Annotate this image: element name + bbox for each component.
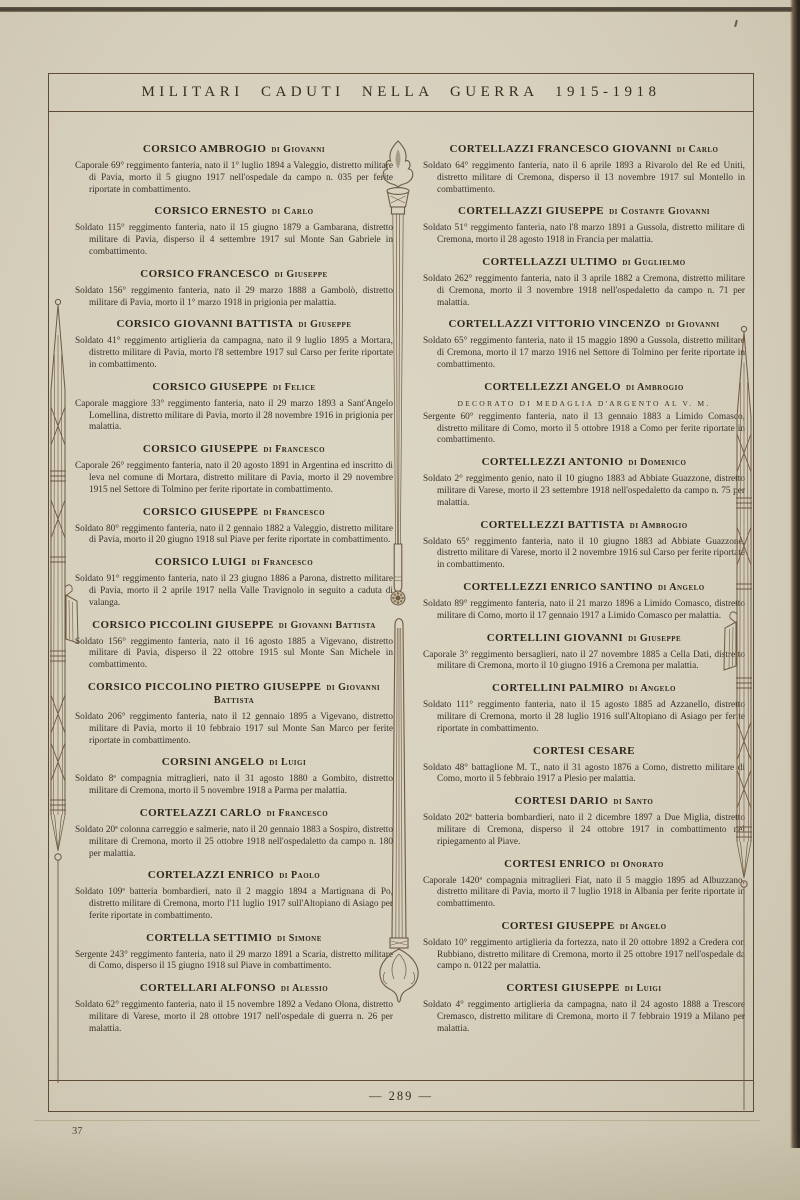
soldier-name: CORSICO GIUSEPPE [152, 381, 268, 393]
soldier-filiation: di Alessio [281, 983, 328, 994]
soldier-filiation: di Francesco [267, 808, 329, 819]
soldier-record-text: Soldato 89° reggimento fanteria, nato il… [423, 599, 745, 623]
soldier-name-heading: CORTELAZZI ENRICOdi Paolo [75, 869, 393, 882]
soldier-name-heading: CORSICO GIOVANNI BATTISTAdi Giuseppe [75, 318, 393, 331]
soldier-name-heading: CORSICO LUIGIdi Francesco [75, 556, 393, 569]
soldier-name: CORTELLINI PALMIRO [492, 682, 624, 694]
soldier-name: CORTELAZZI CARLO [140, 807, 262, 819]
soldier-name-heading: CORTESI CESARE [423, 745, 745, 758]
soldier-record-text: Soldato 10° reggimento artiglieria da fo… [423, 938, 745, 973]
soldier-record-text: Soldato 262° reggimento fanteria, nato i… [423, 274, 745, 309]
soldier-name-heading: CORTELLINI PALMIROdi Angelo [423, 682, 745, 695]
soldier-filiation: di Paolo [279, 870, 320, 881]
soldier-name-heading: CORTELLA SETTIMIOdi Simone [75, 932, 393, 945]
soldier-filiation: di Costante Giovanni [609, 206, 710, 217]
soldier-entry: CORTELAZZI ENRICOdi Paolo Soldato 109ª b… [75, 869, 393, 922]
soldier-filiation: di Guglielmo [622, 257, 685, 268]
column-left: CORSICO AMBROGIOdi Giovanni Caporale 69°… [75, 130, 393, 1080]
soldier-name: CORTELLA SETTIMIO [146, 932, 272, 944]
soldier-name: CORTELLEZZI ENRICO SANTINO [463, 581, 653, 593]
soldier-name: CORTELLAZZI VITTORIO VINCENZO [448, 318, 660, 330]
soldier-record-text: Soldato 64° reggimento fanteria, nato il… [423, 161, 745, 196]
soldier-filiation: di Giuseppe [298, 319, 351, 330]
page-corner-mark [734, 20, 738, 27]
soldier-entry: CORTELLEZZI ENRICO SANTINOdi Angelo Sold… [423, 581, 745, 623]
soldier-record-text: Soldato 202ª batteria bombardieri, nato … [423, 813, 745, 848]
soldier-entry: CORSICO PICCOLINO PIETRO GIUSEPPEdi Giov… [75, 681, 393, 747]
soldier-record-text: Caporale maggiore 33° reggimento fanteri… [75, 399, 393, 434]
soldier-name: CORTESI GIUSEPPE [506, 982, 619, 994]
soldier-name-heading: CORSINI ANGELOdi Luigi [75, 756, 393, 769]
soldier-name: CORSINI ANGELO [162, 756, 264, 768]
soldier-record-text: Soldato 111° reggimento fanteria, nato i… [423, 700, 745, 735]
soldier-filiation: di Angelo [620, 921, 667, 932]
soldier-name-heading: CORSICO GIUSEPPEdi Felice [75, 381, 393, 394]
soldier-record-text: Soldato 2° reggimento genio, nato il 10 … [423, 474, 745, 509]
soldier-record-text: Caporale 1420ª compagnia mitraglieri Fia… [423, 876, 745, 911]
soldier-name: CORTELLAZZI FRANCESCO GIOVANNI [449, 143, 671, 155]
soldier-name: CORTELAZZI ENRICO [148, 869, 275, 881]
soldier-name-heading: CORSICO PICCOLINO PIETRO GIUSEPPEdi Giov… [75, 681, 393, 707]
soldier-name-heading: CORTELLEZZI ANTONIOdi Domenico [423, 456, 745, 469]
soldier-entry: CORSICO GIUSEPPEdi Francesco Soldato 80°… [75, 506, 393, 548]
soldier-name-heading: CORSICO GIUSEPPEdi Francesco [75, 506, 393, 519]
soldier-name: CORTELLINI GIOVANNI [487, 632, 623, 644]
soldier-entry: CORTESI ENRICOdi Onorato Caporale 1420ª … [423, 858, 745, 911]
soldier-filiation: di Luigi [625, 983, 662, 994]
soldier-name-heading: CORTESI GIUSEPPEdi Angelo [423, 920, 745, 933]
header-band: MILITARI CADUTI NELLA GUERRA 1915-1918 [49, 74, 753, 112]
soldier-filiation: di Ambrogio [626, 382, 684, 393]
photo-edge-right [790, 0, 800, 1148]
sheet-number: 37 [72, 1126, 83, 1137]
page-title: MILITARI CADUTI NELLA GUERRA 1915-1918 [141, 84, 660, 101]
soldier-name: CORTELLAZZI GIUSEPPE [458, 205, 604, 217]
soldier-record-text: Soldato 65° reggimento fanteria, nato il… [423, 537, 745, 572]
soldier-record-text: Caporale 26° reggimento fanteria, nato i… [75, 461, 393, 496]
soldier-entry: CORSICO GIUSEPPEdi Francesco Caporale 26… [75, 443, 393, 496]
soldier-name-heading: CORTELLAZZI VITTORIO VINCENZOdi Giovanni [423, 318, 745, 331]
soldier-entry: CORSICO ERNESTOdi Carlo Soldato 115° reg… [75, 205, 393, 258]
soldier-honor: DECORATO DI MEDAGLIA D'ARGENTO AL V. M. [423, 399, 745, 408]
soldier-record-text: Caporale 69° reggimento fanteria, nato i… [75, 161, 393, 196]
soldier-record-text: Soldato 65° reggimento fanteria, nato il… [423, 336, 745, 371]
soldier-name-heading: CORSICO GIUSEPPEdi Francesco [75, 443, 393, 456]
soldier-filiation: di Simone [277, 933, 322, 944]
soldier-name-heading: CORTELLEZZI ENRICO SANTINOdi Angelo [423, 581, 745, 594]
soldier-name-heading: CORSICO AMBROGIOdi Giovanni [75, 143, 393, 156]
soldier-filiation: di Giovanni [271, 144, 325, 155]
soldier-record-text: Soldato 20ª colonna carreggio e salmerie… [75, 825, 393, 860]
soldier-name-heading: CORTELLAZZI GIUSEPPEdi Costante Giovanni [423, 205, 745, 218]
soldier-record-text: Soldato 109ª batteria bombardieri, nato … [75, 887, 393, 922]
soldier-name-heading: CORTESI ENRICOdi Onorato [423, 858, 745, 871]
page-frame: MILITARI CADUTI NELLA GUERRA 1915-1918 C… [48, 73, 754, 1112]
soldier-entry: CORSICO PICCOLINI GIUSEPPEdi Giovanni Ba… [75, 619, 393, 672]
soldier-entry: CORTELLEZZI ANGELOdi Ambrogio DECORATO D… [423, 381, 745, 447]
page-edge-line [34, 1120, 760, 1121]
soldier-entry: CORSICO FRANCESCOdi Giuseppe Soldato 156… [75, 268, 393, 310]
soldier-filiation: di Giuseppe [275, 269, 328, 280]
soldier-record-text: Soldato 156° reggimento fanteria, nato i… [75, 637, 393, 672]
soldier-entry: CORTESI CESARE Soldato 48° battaglione M… [423, 745, 745, 787]
soldier-filiation: di Felice [273, 382, 316, 393]
soldier-name: CORTELLARI ALFONSO [140, 982, 276, 994]
soldier-name: CORTELLEZZI ANGELO [484, 381, 621, 393]
soldier-record-text: Soldato 41° reggimento artiglieria da ca… [75, 336, 393, 371]
soldier-name: CORSICO GIUSEPPE [143, 506, 259, 518]
soldier-record-text: Sergente 243° reggimento fanteria, nato … [75, 950, 393, 974]
soldier-name: CORTESI GIUSEPPE [501, 920, 614, 932]
soldier-entry: CORSICO GIOVANNI BATTISTAdi Giuseppe Sol… [75, 318, 393, 371]
soldier-filiation: di Francesco [252, 557, 314, 568]
soldier-filiation: di Giuseppe [628, 633, 681, 644]
soldier-name: CORSICO PICCOLINI GIUSEPPE [92, 619, 274, 631]
soldier-filiation: di Ambrogio [630, 520, 688, 531]
soldier-record-text: Caporale 3° reggimento bersaglieri, nato… [423, 650, 745, 674]
footer-band: — 289 — [49, 1080, 753, 1111]
soldier-entry: CORTELLEZZI ANTONIOdi Domenico Soldato 2… [423, 456, 745, 509]
soldier-record-text: Soldato 48° battaglione M. T., nato il 3… [423, 763, 745, 787]
soldier-entry: CORSICO LUIGIdi Francesco Soldato 91° re… [75, 556, 393, 609]
soldier-record-text: Soldato 51° reggimento fanteria, nato l'… [423, 223, 745, 247]
soldier-name-heading: CORTESI GIUSEPPEdi Luigi [423, 982, 745, 995]
content-area: CORSICO AMBROGIOdi Giovanni Caporale 69°… [49, 112, 753, 1080]
soldier-entry: CORTELAZZI CARLOdi Francesco Soldato 20ª… [75, 807, 393, 860]
soldier-entry: CORTELLAZZI VITTORIO VINCENZOdi Giovanni… [423, 318, 745, 371]
soldier-record-text: Soldato 4° reggimento artiglieria da cam… [423, 1000, 745, 1035]
soldier-record-text: Soldato 62° reggimento fanteria, nato il… [75, 1000, 393, 1035]
soldier-name-heading: CORTELLAZZI FRANCESCO GIOVANNIdi Carlo [423, 143, 745, 156]
soldier-name-heading: CORTELLEZZI BATTISTAdi Ambrogio [423, 519, 745, 532]
soldier-entry: CORSICO GIUSEPPEdi Felice Caporale maggi… [75, 381, 393, 434]
soldier-name-heading: CORSICO PICCOLINI GIUSEPPEdi Giovanni Ba… [75, 619, 393, 632]
soldier-name: CORSICO ERNESTO [154, 205, 266, 217]
soldier-filiation: di Giovanni [666, 319, 720, 330]
soldier-name-heading: CORTELLEZZI ANGELOdi Ambrogio [423, 381, 745, 394]
soldier-filiation: di Carlo [272, 206, 314, 217]
soldier-filiation: di Francesco [263, 507, 325, 518]
soldier-name: CORTELLEZZI BATTISTA [480, 519, 624, 531]
soldier-name: CORTELLAZZI ULTIMO [482, 256, 617, 268]
soldier-name: CORTELLEZZI ANTONIO [482, 456, 624, 468]
soldier-entry: CORTELLA SETTIMIOdi Simone Sergente 243°… [75, 932, 393, 974]
scanned-book-page: { "page": { "title": "MILITARI CADUTI NE… [0, 0, 800, 1200]
soldier-name: CORSICO PICCOLINO PIETRO GIUSEPPE [88, 681, 322, 693]
soldier-entry: CORTELLINI PALMIROdi Angelo Soldato 111°… [423, 682, 745, 735]
soldier-name-heading: CORTELLAZZI ULTIMOdi Guglielmo [423, 256, 745, 269]
soldier-filiation: di Luigi [269, 757, 306, 768]
soldier-entry: CORTELLINI GIOVANNIdi Giuseppe Caporale … [423, 632, 745, 674]
soldier-name: CORTESI ENRICO [504, 858, 606, 870]
soldier-entry: CORTELLAZZI ULTIMOdi Guglielmo Soldato 2… [423, 256, 745, 309]
soldier-record-text: Soldato 156° reggimento fanteria, nato i… [75, 286, 393, 310]
soldier-entry: CORTELLAZZI FRANCESCO GIOVANNIdi Carlo S… [423, 143, 745, 196]
soldier-name-heading: CORSICO FRANCESCOdi Giuseppe [75, 268, 393, 281]
soldier-entry: CORTESI GIUSEPPEdi Luigi Soldato 4° regg… [423, 982, 745, 1035]
soldier-filiation: di Carlo [677, 144, 719, 155]
soldier-filiation: di Onorato [611, 859, 664, 870]
soldier-filiation: di Angelo [658, 582, 705, 593]
soldier-name-heading: CORTESI DARIOdi Santo [423, 795, 745, 808]
photo-edge-top [0, 7, 794, 12]
soldier-record-text: Soldato 80° reggimento fanteria, nato il… [75, 524, 393, 548]
soldier-name-heading: CORSICO ERNESTOdi Carlo [75, 205, 393, 218]
soldier-name: CORSICO AMBROGIO [143, 143, 266, 155]
soldier-record-text: Soldato 115° reggimento fanteria, nato i… [75, 223, 393, 258]
soldier-entry: CORTELLARI ALFONSOdi Alessio Soldato 62°… [75, 982, 393, 1035]
soldier-filiation: di Santo [613, 796, 653, 807]
soldier-name: CORSICO FRANCESCO [140, 268, 269, 280]
soldier-filiation: di Giovanni Battista [279, 620, 376, 631]
soldier-record-text: Soldato 91° reggimento fanteria, nato il… [75, 574, 393, 609]
soldier-entry: CORTESI GIUSEPPEdi Angelo Soldato 10° re… [423, 920, 745, 973]
page-number: — 289 — [369, 1089, 433, 1104]
soldier-record-text: Soldato 206° reggimento fanteria, nato i… [75, 712, 393, 747]
soldier-entry: CORTELLEZZI BATTISTAdi Ambrogio Soldato … [423, 519, 745, 572]
soldier-name-heading: CORTELAZZI CARLOdi Francesco [75, 807, 393, 820]
soldier-name-heading: CORTELLARI ALFONSOdi Alessio [75, 982, 393, 995]
photo-bottom-shade [0, 1130, 800, 1200]
soldier-name: CORSICO GIOVANNI BATTISTA [117, 318, 294, 330]
soldier-record-text: Soldato 8ª compagnia mitraglieri, nato i… [75, 774, 393, 798]
soldier-name: CORSICO LUIGI [155, 556, 247, 568]
soldier-name: CORTESI DARIO [515, 795, 609, 807]
soldier-filiation: di Angelo [629, 683, 676, 694]
soldier-name-heading: CORTELLINI GIOVANNIdi Giuseppe [423, 632, 745, 645]
soldier-entry: CORTESI DARIOdi Santo Soldato 202ª batte… [423, 795, 745, 848]
soldier-name: CORTESI CESARE [533, 745, 635, 757]
soldier-entry: CORSINI ANGELOdi Luigi Soldato 8ª compag… [75, 756, 393, 798]
soldier-record-text: Sergente 60° reggimento fanteria, nato i… [423, 412, 745, 447]
soldier-name: CORSICO GIUSEPPE [143, 443, 259, 455]
soldier-entry: CORTELLAZZI GIUSEPPEdi Costante Giovanni… [423, 205, 745, 247]
soldier-entry: CORSICO AMBROGIOdi Giovanni Caporale 69°… [75, 143, 393, 196]
column-right: CORTELLAZZI FRANCESCO GIOVANNIdi Carlo S… [423, 130, 745, 1080]
soldier-filiation: di Francesco [263, 444, 325, 455]
soldier-filiation: di Domenico [628, 457, 686, 468]
